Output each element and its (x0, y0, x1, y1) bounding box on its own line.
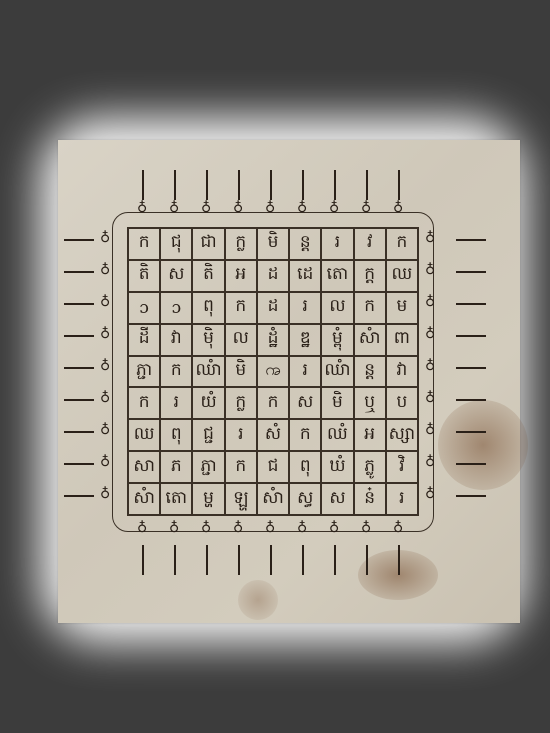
grid-cell: តោ (321, 260, 353, 292)
pagoda-ornament: ♁ (425, 230, 435, 246)
grid-cell: រ (225, 419, 257, 451)
pagoda-ornament: ♁ (425, 390, 435, 406)
pagoda-ornament: ♁ (100, 486, 110, 502)
grid-cell: តិ (192, 260, 224, 292)
pagoda-ornament: ♁ (100, 390, 110, 406)
grid-cell: ជុ (160, 228, 192, 260)
grid-cell: ដ (257, 260, 289, 292)
grid-cell: រ (321, 228, 353, 260)
pagoda-ornament: ♁ (329, 520, 339, 536)
grid-cell: ក (160, 356, 192, 388)
grid-cell: ក (289, 419, 321, 451)
pagoda-ornament: ♁ (425, 262, 435, 278)
pagoda-ornament: ♁ (393, 520, 403, 536)
grid-cell: ឈំា (321, 356, 353, 388)
grid-cell: ភ្ជា (192, 451, 224, 483)
pagoda-ornament: ♁ (361, 520, 371, 536)
ray-ornament (174, 170, 176, 200)
grid-cell: វ (354, 228, 386, 260)
grid-cell: ល (321, 292, 353, 324)
grid-cell: ពុ (160, 419, 192, 451)
pagoda-ornament: ♁ (329, 200, 339, 216)
grid-cell: ឃំ (321, 451, 353, 483)
ray-ornament (238, 170, 240, 200)
grid-cell: ម៉ិ (192, 324, 224, 356)
stain (238, 580, 278, 620)
grid-cell: តិ (128, 260, 160, 292)
pagoda-ornament: ♁ (201, 200, 211, 216)
pagoda-ornament: ♁ (265, 200, 275, 216)
grid-cell: ក្ល (225, 228, 257, 260)
pagoda-ornament: ♁ (100, 294, 110, 310)
ray-ornament (334, 545, 336, 575)
grid-cell: មិ (257, 228, 289, 260)
pagoda-ornament: ♁ (425, 294, 435, 310)
grid-cell: ម (386, 292, 418, 324)
pagoda-ornament: ♁ (137, 200, 147, 216)
pagoda-ornament: ♁ (425, 454, 435, 470)
ray-ornament (456, 335, 486, 337)
ray-ornament (456, 303, 486, 305)
grid-cell: តោ (160, 483, 192, 515)
grid-cell: ស្សា (386, 419, 418, 451)
grid-cell: ជ្ជ (192, 419, 224, 451)
grid-cell: យំ (192, 387, 224, 419)
pagoda-ornament: ♁ (265, 520, 275, 536)
grid-cell: ឡ្ហ (225, 483, 257, 515)
ray-ornament (64, 463, 94, 465)
grid-cell: សំា (354, 324, 386, 356)
grid-cell: ក (354, 292, 386, 324)
pagoda-ornament: ♁ (297, 520, 307, 536)
ray-ornament (270, 545, 272, 575)
grid-cell: សំា (257, 483, 289, 515)
grid-cell: រ (160, 387, 192, 419)
grid-cell: ដ (257, 292, 289, 324)
ray-ornament (456, 271, 486, 273)
grid-cell: ភ្ជា (128, 356, 160, 388)
grid-cell: ក (128, 387, 160, 419)
grid-cell: អ (225, 260, 257, 292)
ray-ornament (456, 239, 486, 241)
grid-cell: រ (289, 356, 321, 388)
ray-ornament (64, 335, 94, 337)
grid-cell: ដី (128, 324, 160, 356)
grid-cell: ក (257, 387, 289, 419)
grid-cell: ឈ (386, 260, 418, 292)
grid-cell: ដ្ឋំ (257, 324, 289, 356)
grid-cell: ស (160, 260, 192, 292)
grid-cell: ស្ធ (289, 483, 321, 515)
grid-cell: ម្ពុំ (321, 324, 353, 356)
grid-cell: ឌ្ឋ (289, 324, 321, 356)
grid-cell: ពុ (289, 451, 321, 483)
grid-cell: ពា (386, 324, 418, 356)
ray-ornament (142, 170, 144, 200)
ray-ornament (366, 545, 368, 575)
ray-ornament (366, 170, 368, 200)
pagoda-ornament: ♁ (425, 358, 435, 374)
pagoda-ornament: ♁ (169, 520, 179, 536)
pagoda-ornament: ♁ (100, 262, 110, 278)
grid-cell: ꩠ (257, 356, 289, 388)
pagoda-ornament: ♁ (297, 200, 307, 216)
ray-ornament (64, 431, 94, 433)
ray-ornament (174, 545, 176, 575)
ray-ornament (456, 367, 486, 369)
ray-ornament (302, 170, 304, 200)
grid-cell: អ (354, 419, 386, 451)
grid-cell: មិ (321, 387, 353, 419)
yantra-grid: កជុជាក្លមិន្តរវកតិសតិអដដេតោក្តឈɔɔពុកដរលក… (127, 227, 419, 516)
grid-cell: ក្ល (225, 387, 257, 419)
grid-cell: សំ (257, 419, 289, 451)
grid-cell: ន្ត (354, 356, 386, 388)
grid-cell: ប (386, 387, 418, 419)
grid-cell: ពុ (192, 292, 224, 324)
grid-cell: សា (128, 451, 160, 483)
ray-ornament (456, 463, 486, 465)
pagoda-ornament: ♁ (169, 200, 179, 216)
grid-cell: ម្ហ (192, 483, 224, 515)
ray-ornament (334, 170, 336, 200)
grid-cell: វិ (386, 451, 418, 483)
grid-cell: ɔ (128, 292, 160, 324)
grid-cell: សំា (128, 483, 160, 515)
grid-cell: ក (225, 292, 257, 324)
ray-ornament (456, 399, 486, 401)
grid-cell: រ (386, 483, 418, 515)
pagoda-ornament: ♁ (425, 326, 435, 342)
pagoda-ornament: ♁ (100, 422, 110, 438)
pagoda-ornament: ♁ (361, 200, 371, 216)
grid-cell: ជា (192, 228, 224, 260)
grid-cell: ដេ (289, 260, 321, 292)
grid-cell: ក (128, 228, 160, 260)
pagoda-ornament: ♁ (425, 486, 435, 502)
pagoda-ornament: ♁ (233, 520, 243, 536)
ray-ornament (64, 495, 94, 497)
grid-cell: ន៎ (354, 483, 386, 515)
stain (438, 400, 528, 490)
ray-ornament (64, 239, 94, 241)
pagoda-ornament: ♁ (201, 520, 211, 536)
ray-ornament (398, 545, 400, 575)
grid-cell: ន្ត (289, 228, 321, 260)
pagoda-ornament: ♁ (100, 358, 110, 374)
pagoda-ornament: ♁ (100, 454, 110, 470)
ray-ornament (64, 367, 94, 369)
pagoda-ornament: ♁ (100, 326, 110, 342)
grid-cell: ជ (257, 451, 289, 483)
grid-cell: ភ្លូ (354, 451, 386, 483)
ray-ornament (206, 545, 208, 575)
grid-cell: ɔ (160, 292, 192, 324)
grid-cell: ល (225, 324, 257, 356)
grid-cell: មិ (225, 356, 257, 388)
ray-ornament (142, 545, 144, 575)
pagoda-ornament: ♁ (100, 230, 110, 246)
grid-cell: ឈ (128, 419, 160, 451)
grid-cell: ក (225, 451, 257, 483)
pagoda-ornament: ♁ (137, 520, 147, 536)
grid-cell: ឬ (354, 387, 386, 419)
grid-cell: រ (289, 292, 321, 324)
grid-cell: វា (386, 356, 418, 388)
grid-cell: ស (321, 483, 353, 515)
ray-ornament (206, 170, 208, 200)
grid-cell: ស (289, 387, 321, 419)
pagoda-ornament: ♁ (233, 200, 243, 216)
ray-ornament (302, 545, 304, 575)
ray-ornament (64, 303, 94, 305)
grid-cell: ឈំ (321, 419, 353, 451)
ray-ornament (398, 170, 400, 200)
grid-cell: ឈំា (192, 356, 224, 388)
ray-ornament (64, 271, 94, 273)
pagoda-ornament: ♁ (425, 422, 435, 438)
pagoda-ornament: ♁ (393, 200, 403, 216)
ray-ornament (238, 545, 240, 575)
ray-ornament (270, 170, 272, 200)
grid-cell: ក្ត (354, 260, 386, 292)
ray-ornament (64, 399, 94, 401)
ray-ornament (456, 495, 486, 497)
grid-cell: ភ (160, 451, 192, 483)
grid-cell: វា (160, 324, 192, 356)
grid-cell: ក (386, 228, 418, 260)
ray-ornament (456, 431, 486, 433)
